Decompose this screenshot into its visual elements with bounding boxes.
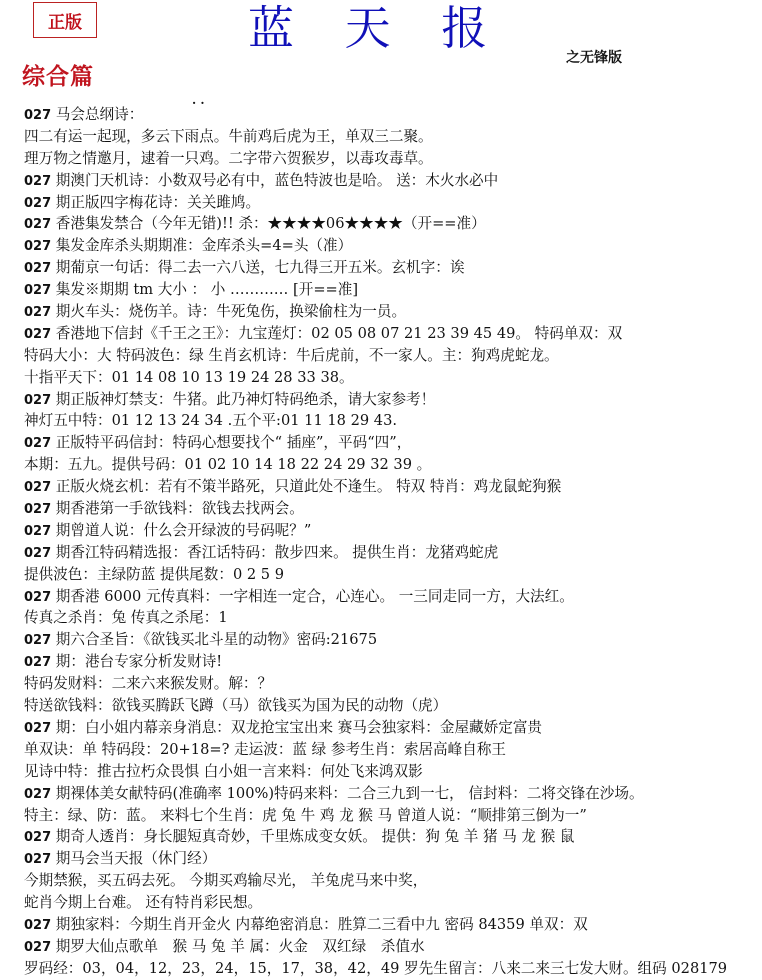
issue-number: 027 xyxy=(24,239,51,254)
issue-number: 027 xyxy=(24,655,51,670)
line-text: 期正版四字梅花诗：关关雎鸠。 xyxy=(51,194,260,211)
text-line: 蛇肖今期上台难。 还有特肖彩民想。 xyxy=(24,892,760,914)
line-text: 罗码经：03，04，12，23，24，15，17，38，42，49 罗先生留言：… xyxy=(24,960,727,977)
line-text: 期罗大仙点歌单 猴 马 兔 羊 属：火金 双红绿 杀值水 xyxy=(51,938,424,955)
text-line: 027 期火车头：烧伤羊。诗：牛死兔伤，换梁偷柱为一员。 xyxy=(24,301,760,323)
section-heading: 综合篇 xyxy=(22,58,94,91)
text-line: 四二有运一起现，多云下雨点。牛前鸡后虎为王，单双三二聚。 xyxy=(24,126,760,148)
text-line: 027 期香江特码精选报：香江话特码：散步四来。 提供生肖：龙猪鸡蛇虎 xyxy=(24,542,760,564)
text-line: 027 期：白小姐内幕亲身消息：双龙抢宝宝出来 赛马会独家料：金屋藏娇定富贵 xyxy=(24,717,760,739)
issue-number: 027 xyxy=(24,502,51,517)
text-line: 见诗中特：推古拉朽众畏惧 白小姐一言来料：何处飞来鸿双影 xyxy=(24,761,760,783)
line-text: 期澳门天机诗：小数双号必有中，蓝色特波也是哈。 送：木火水必中 xyxy=(51,172,498,189)
issue-number: 027 xyxy=(24,217,51,232)
line-text: 期马会当天报（休门经） xyxy=(51,850,216,867)
text-line: 027 期罗大仙点歌单 猴 马 兔 羊 属：火金 双红绿 杀值水 xyxy=(24,936,760,958)
line-text: 期：港台专家分析发财诗! xyxy=(51,653,222,670)
issue-number: 027 xyxy=(24,174,51,189)
line-text: 集发金库杀头期期准：金库杀头=4=头（准） xyxy=(51,237,352,254)
text-line: 今期禁猴，买五码去死。 今期买鸡输尽光， 羊兔虎马来中奖， xyxy=(24,870,760,892)
line-text: 特送欲钱料：欲钱买腾跃飞蹲（马）欲钱买为国为民的动物（虎） xyxy=(24,697,447,714)
line-text: 马会总纲诗： xyxy=(51,106,143,123)
line-text: 期正版神灯禁支：牛猪。此乃神灯特码绝杀，请大家参考！ xyxy=(51,391,435,408)
line-text: 今期禁猴，买五码去死。 今期买鸡输尽光， 羊兔虎马来中奖， xyxy=(24,872,427,889)
line-text: 提供波色：主绿防蓝 提供尾数：0 2 5 9 xyxy=(24,566,284,583)
text-line: 027 期曾道人说：什么会开绿波的号码呢？” xyxy=(24,520,760,542)
text-line: 理万物之情邀月，逮着一只鸡。二字带六贺猴岁，以毒攻毒草。 xyxy=(24,148,760,170)
issue-number: 027 xyxy=(24,940,51,955)
line-text: 集发※期期 tm 大小 ： 小 ………… [开==准] xyxy=(51,281,358,298)
issue-number: 027 xyxy=(24,305,51,320)
line-text: 特主：绿、防：蓝。 来料七个生肖：虎 兔 牛 鸡 龙 猴 马 曾道人说：“顺排第… xyxy=(24,807,587,824)
issue-number: 027 xyxy=(24,633,51,648)
text-line: 027 正版特平码信封：特码心想要找个“ 插座”，平码“四”， xyxy=(24,432,760,454)
text-line: 027 马会总纲诗： xyxy=(24,104,760,126)
issue-number: 027 xyxy=(24,546,51,561)
line-text: 理万物之情邀月，逮着一只鸡。二字带六贺猴岁，以毒攻毒草。 xyxy=(24,150,433,167)
line-text: 期香港第一手欲钱料：欲钱去找两会。 xyxy=(51,500,304,517)
text-line: 罗码经：03，04，12，23，24，15，17，38，42，49 罗先生留言：… xyxy=(24,958,760,980)
issue-number: 027 xyxy=(24,261,51,276)
line-text: 正版特平码信封：特码心想要找个“ 插座”，平码“四”， xyxy=(51,434,411,451)
text-line: 本期：五九。提供号码：01 02 10 14 18 22 24 29 32 39… xyxy=(24,454,760,476)
line-text: 期香江特码精选报：香江话特码：散步四来。 提供生肖：龙猪鸡蛇虎 xyxy=(51,544,498,561)
line-text: 期裸体美女献特码(准确率 100%)特码来料：二合三九到一七， 信封料：二将交锋… xyxy=(51,785,643,802)
text-line: 027 期独家料：今期生肖开金火 内幕绝密消息：胜算二三看中九 密码 84359… xyxy=(24,914,760,936)
text-line: 027 正版火烧玄机：若有不策半路死，只道此处不逢生。 特双 特肖：鸡龙鼠蛇狗猴 xyxy=(24,476,760,498)
text-line: 027 香港集发禁合（今年无错)!! 杀：★★★★06★★★★（开==准） xyxy=(24,213,760,235)
issue-number: 027 xyxy=(24,436,51,451)
text-line: 027 期马会当天报（休门经） xyxy=(24,848,760,870)
edition-label: 之无锋版 xyxy=(566,47,622,67)
text-line: 027 期六合圣旨：《欲钱买北斗星的动物》密码:21675 xyxy=(24,629,760,651)
text-line: 027 期正版四字梅花诗：关关雎鸠。 xyxy=(24,192,760,214)
text-line: 027 期奇人透肖：身长腿短真奇妙，千里炼成变女妖。 提供：狗 兔 羊 猪 马 … xyxy=(24,826,760,848)
issue-number: 027 xyxy=(24,480,51,495)
issue-number: 027 xyxy=(24,830,51,845)
line-text: 特码发财料：二来六来猴发财。解：？ xyxy=(24,675,272,692)
text-line: 027 期葡京一句话：得二去一六八送，七九得三开五米。玄机字：诶 xyxy=(24,257,760,279)
issue-number: 027 xyxy=(24,108,51,123)
line-text: 期六合圣旨：《欲钱买北斗星的动物》密码:21675 xyxy=(51,631,377,648)
page-title: 蓝 天 报 xyxy=(248,0,468,56)
text-line: 特主：绿、防：蓝。 来料七个生肖：虎 兔 牛 鸡 龙 猴 马 曾道人说：“顺排第… xyxy=(24,805,760,827)
line-text: 期独家料：今期生肖开金火 内幕绝密消息：胜算二三看中九 密码 84359 单双：… xyxy=(51,916,588,933)
issue-number: 027 xyxy=(24,327,51,342)
text-line: 027 期正版神灯禁支：牛猪。此乃神灯特码绝杀，请大家参考！ xyxy=(24,389,760,411)
text-line: 十指平天下：01 14 08 10 13 19 24 28 33 38。 xyxy=(24,367,760,389)
text-line: 特送欲钱料：欲钱买腾跃飞蹲（马）欲钱买为国为民的动物（虎） xyxy=(24,695,760,717)
text-line: 027 期裸体美女献特码(准确率 100%)特码来料：二合三九到一七， 信封料：… xyxy=(24,783,760,805)
line-text: 神灯五中特：01 12 13 24 34 .五个平:01 11 18 29 43… xyxy=(24,412,397,429)
text-line: 027 期澳门天机诗：小数双号必有中，蓝色特波也是哈。 送：木火水必中 xyxy=(24,170,760,192)
text-line: 027 集发※期期 tm 大小 ： 小 ………… [开==准] xyxy=(24,279,760,301)
line-text: 蛇肖今期上台难。 还有特肖彩民想。 xyxy=(24,894,262,911)
line-text: 期香港 6000 元传真料：一字相连一定合，心连心。 一三同走同一方，大法红。 xyxy=(51,588,574,605)
text-line: 027 期香港第一手欲钱料：欲钱去找两会。 xyxy=(24,498,760,520)
line-text: 期葡京一句话：得二去一六八送，七九得三开五米。玄机字：诶 xyxy=(51,259,464,276)
issue-number: 027 xyxy=(24,852,51,867)
line-text: 香港地下信封《千王之王》：九宝莲灯：02 05 08 07 21 23 39 4… xyxy=(51,325,622,342)
line-text: 期：白小姐内幕亲身消息：双龙抢宝宝出来 赛马会独家料：金屋藏娇定富贵 xyxy=(51,719,542,736)
line-text: 四二有运一起现，多云下雨点。牛前鸡后虎为王，单双三二聚。 xyxy=(24,128,433,145)
issue-number: 027 xyxy=(24,196,51,211)
line-text: 期奇人透肖：身长腿短真奇妙，千里炼成变女妖。 提供：狗 兔 羊 猪 马 龙 猴 … xyxy=(51,828,574,845)
issue-number: 027 xyxy=(24,721,51,736)
issue-number: 027 xyxy=(24,524,51,539)
line-text: 传真之杀肖：兔 传真之杀尾：1 xyxy=(24,609,228,626)
text-line: 027 集发金库杀头期期准：金库杀头=4=头（准） xyxy=(24,235,760,257)
issue-number: 027 xyxy=(24,918,51,933)
issue-number: 027 xyxy=(24,590,51,605)
issue-number: 027 xyxy=(24,283,51,298)
line-text: 十指平天下：01 14 08 10 13 19 24 28 33 38。 xyxy=(24,369,354,386)
authentic-badge: 正版 xyxy=(33,2,97,38)
text-line: 单双诀：单 特码段：20+18=? 走运波：蓝 绿 参考生肖：索居高峰自称王 xyxy=(24,739,760,761)
text-line: 特码大小：大 特码波色：绿 生肖玄机诗：牛后虎前，不一家人。主：狗鸡虎蛇龙。 xyxy=(24,345,760,367)
text-line: 神灯五中特：01 12 13 24 34 .五个平:01 11 18 29 43… xyxy=(24,410,760,432)
issue-number: 027 xyxy=(24,787,51,802)
line-text: 特码大小：大 特码波色：绿 生肖玄机诗：牛后虎前，不一家人。主：狗鸡虎蛇龙。 xyxy=(24,347,559,364)
text-line: 027 期香港 6000 元传真料：一字相连一定合，心连心。 一三同走同一方，大… xyxy=(24,586,760,608)
line-text: 本期：五九。提供号码：01 02 10 14 18 22 24 29 32 39… xyxy=(24,456,431,473)
text-line: 提供波色：主绿防蓝 提供尾数：0 2 5 9 xyxy=(24,564,760,586)
line-text: 香港集发禁合（今年无错)!! 杀：★★★★06★★★★（开==准） xyxy=(51,215,486,232)
text-line: 特码发财料：二来六来猴发财。解：？ xyxy=(24,673,760,695)
text-line: 传真之杀肖：兔 传真之杀尾：1 xyxy=(24,607,760,629)
issue-number: 027 xyxy=(24,393,51,408)
line-text: 单双诀：单 特码段：20+18=? 走运波：蓝 绿 参考生肖：索居高峰自称王 xyxy=(24,741,506,758)
line-text: 期火车头：烧伤羊。诗：牛死兔伤，换梁偷柱为一员。 xyxy=(51,303,406,320)
text-line: 027 香港地下信封《千王之王》：九宝莲灯：02 05 08 07 21 23 … xyxy=(24,323,760,345)
line-text: 见诗中特：推古拉朽众畏惧 白小姐一言来料：何处飞来鸿双影 xyxy=(24,763,423,780)
text-line: 027 期：港台专家分析发财诗! xyxy=(24,651,760,673)
content-lines: 027 马会总纲诗：四二有运一起现，多云下雨点。牛前鸡后虎为王，单双三二聚。理万… xyxy=(24,104,760,980)
line-text: 期曾道人说：什么会开绿波的号码呢？” xyxy=(51,522,311,539)
line-text: 正版火烧玄机：若有不策半路死，只道此处不逢生。 特双 特肖：鸡龙鼠蛇狗猴 xyxy=(51,478,561,495)
